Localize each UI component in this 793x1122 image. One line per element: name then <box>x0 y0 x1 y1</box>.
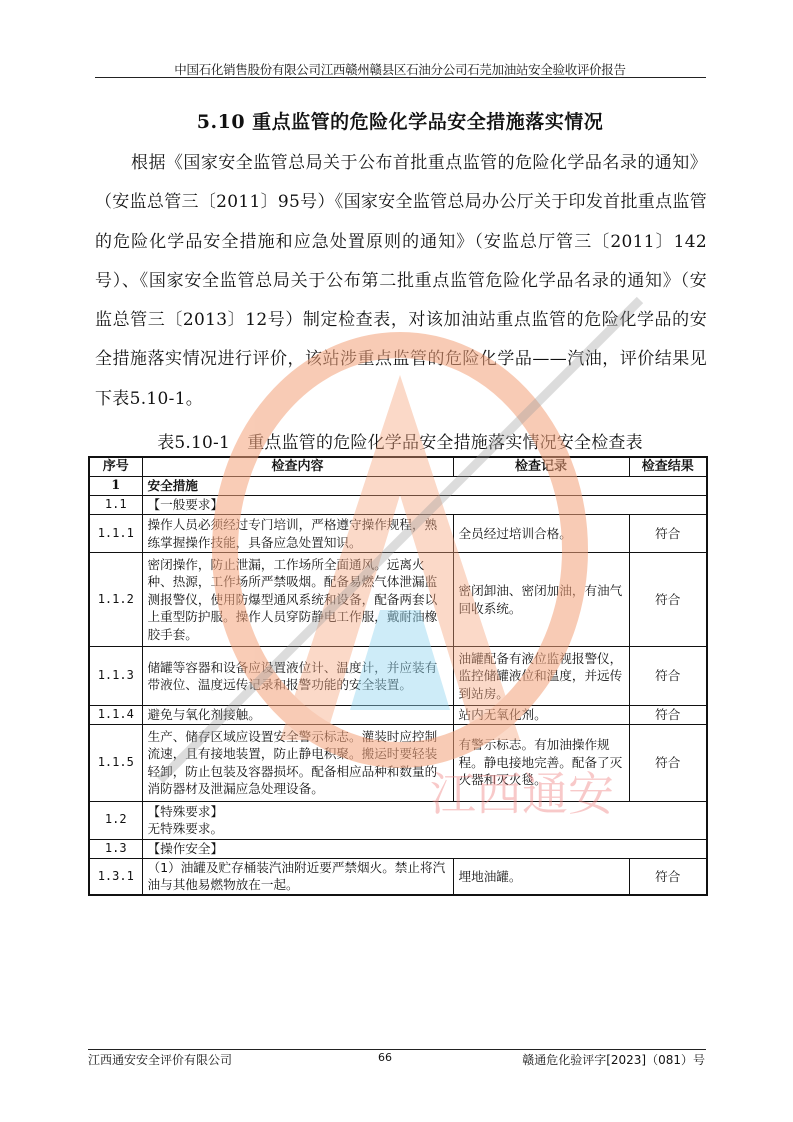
table-row: 1.1 【一般要求】 <box>89 496 707 515</box>
row-no: 1 <box>89 477 142 496</box>
row-no: 1.1.4 <box>89 706 142 725</box>
row-content: 【特殊要求】 无特殊要求。 <box>142 801 707 839</box>
row-content: 【操作安全】 <box>142 839 707 858</box>
table-row: 1.1.2 密闭操作，防止泄漏，工作场所全面通风。远离火种、热源，工作场所严禁吸… <box>89 553 707 647</box>
row-no: 1.1.1 <box>89 515 142 553</box>
body-paragraph: 根据《国家安全监管总局关于公布首批重点监管的危险化学品名录的通知》（安监总管三〔… <box>95 144 707 419</box>
table-header-row: 序号 检查内容 检查记录 检查结果 <box>89 457 707 477</box>
row-record: 密闭卸油、密闭加油，有油气回收系统。 <box>453 553 629 647</box>
footer-company: 江西通安安全评价有限公司 <box>88 1051 232 1068</box>
safety-check-table: 序号 检查内容 检查记录 检查结果 1 安全措施 1.1 【一般要求】 1.1.… <box>88 456 708 896</box>
row-content: 避免与氧化剂接触。 <box>142 706 453 725</box>
running-header: 中国石化销售股份有限公司江西赣州赣县区石油分公司石芫加油站安全验收评价报告 <box>95 60 705 78</box>
table-row: 1.1.3 储罐等容器和设备应设置液位计、温度计，并应装有带液位、温度远传记录和… <box>89 647 707 706</box>
header-no: 序号 <box>89 457 142 477</box>
row-no: 1.3 <box>89 839 142 858</box>
row-content-heading: 【特殊要求】 <box>148 803 702 821</box>
row-no: 1.1.3 <box>89 647 142 706</box>
table-caption: 表5.10-1 重点监管的危险化学品安全措施落实情况安全检查表 <box>95 428 705 453</box>
row-no: 1.3.1 <box>89 858 142 895</box>
row-record: 全员经过培训合格。 <box>453 515 629 553</box>
table-row: 1.3.1 （1）油罐及贮存桶装汽油附近要严禁烟火。禁止将汽油与其他易燃物放在一… <box>89 858 707 895</box>
table-row: 1.1.5 生产、储存区域应设置安全警示标志。灌装时应控制流速，且有接地装置，防… <box>89 724 707 801</box>
table-row: 1.3 【操作安全】 <box>89 839 707 858</box>
row-result: 符合 <box>629 553 707 647</box>
row-content: 安全措施 <box>142 477 707 496</box>
row-content: 操作人员必须经过专门培训，严格遵守操作规程，熟练掌握操作技能，具备应急处置知识。 <box>142 515 453 553</box>
page-number: 66 <box>375 1051 395 1064</box>
row-content: 生产、储存区域应设置安全警示标志。灌装时应控制流速，且有接地装置，防止静电积聚。… <box>142 724 453 801</box>
table-row: 1.1.4 避免与氧化剂接触。 站内无氧化剂。 符合 <box>89 706 707 725</box>
table-row: 1.1.1 操作人员必须经过专门培训，严格遵守操作规程，熟练掌握操作技能，具备应… <box>89 515 707 553</box>
table-row: 1 安全措施 <box>89 477 707 496</box>
row-record: 站内无氧化剂。 <box>453 706 629 725</box>
section-title: 5.10 重点监管的危险化学品安全措施落实情况 <box>95 107 705 134</box>
row-record: 有警示标志。有加油操作规程。静电接地完善。配备了灭火器和灭火毯。 <box>453 724 629 801</box>
row-result: 符合 <box>629 647 707 706</box>
row-content: （1）油罐及贮存桶装汽油附近要严禁烟火。禁止将汽油与其他易燃物放在一起。 <box>142 858 453 895</box>
row-result: 符合 <box>629 724 707 801</box>
row-no: 1.1.5 <box>89 724 142 801</box>
header-divider <box>95 77 706 78</box>
table-row: 1.2 【特殊要求】 无特殊要求。 <box>89 801 707 839</box>
row-record: 埋地油罐。 <box>453 858 629 895</box>
row-content: 【一般要求】 <box>142 496 707 515</box>
header-content: 检查内容 <box>142 457 453 477</box>
footer-doc-number: 赣通危化验评字[2023]（081）号 <box>522 1051 705 1068</box>
row-result: 符合 <box>629 515 707 553</box>
row-content: 储罐等容器和设备应设置液位计、温度计，并应装有带液位、温度远传记录和报警功能的安… <box>142 647 453 706</box>
header-result: 检查结果 <box>629 457 707 477</box>
row-record: 油罐配备有液位监视报警仪，监控储罐液位和温度，并远传到站房。 <box>453 647 629 706</box>
row-result: 符合 <box>629 858 707 895</box>
row-result: 符合 <box>629 706 707 725</box>
row-no: 1.2 <box>89 801 142 839</box>
footer-divider <box>88 1049 706 1050</box>
row-no: 1.1.2 <box>89 553 142 647</box>
row-no: 1.1 <box>89 496 142 515</box>
row-content-detail: 无特殊要求。 <box>148 820 702 838</box>
row-content: 密闭操作，防止泄漏，工作场所全面通风。远离火种、热源，工作场所严禁吸烟。配备易燃… <box>142 553 453 647</box>
header-record: 检查记录 <box>453 457 629 477</box>
